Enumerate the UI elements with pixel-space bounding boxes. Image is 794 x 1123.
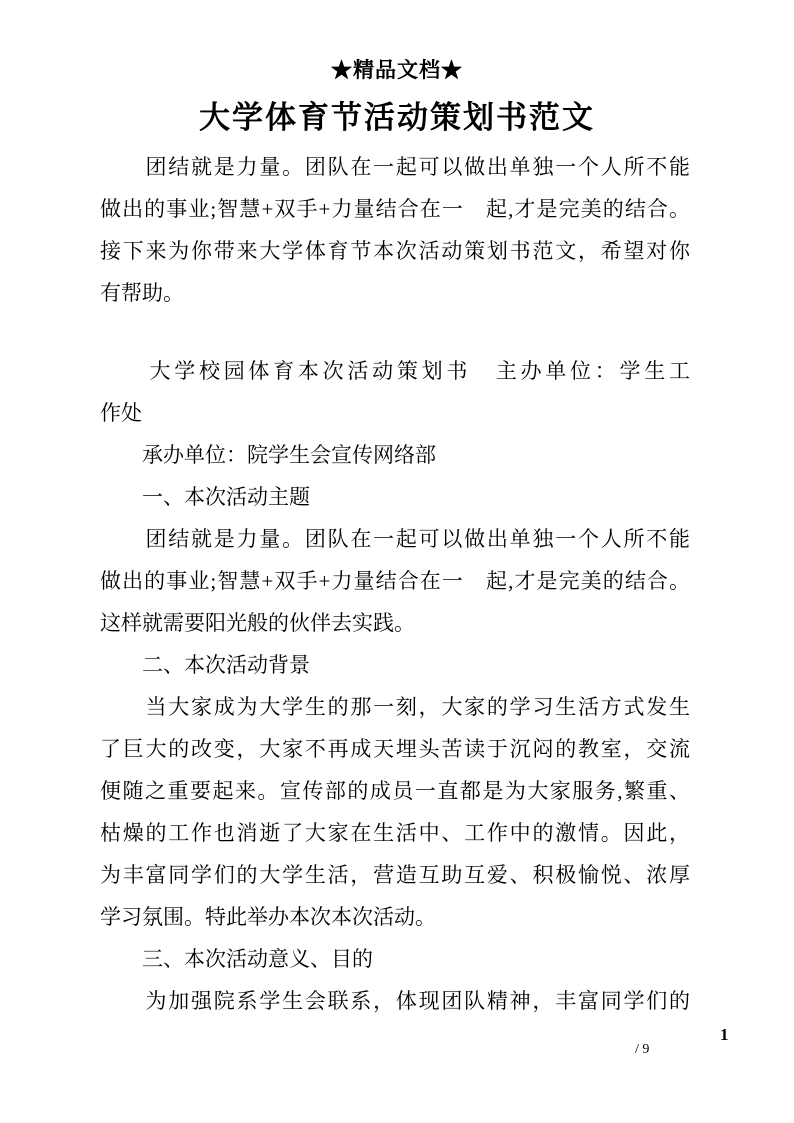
- text-line: 便随之重要起来。宣传部的成员一直都是为大家服务,繁重、: [100, 770, 690, 812]
- text-line: 团结就是力量。团队在一起可以做出单独一个人所不能: [100, 518, 690, 560]
- text-line: 枯燥的工作也消逝了大家在生活中、工作中的激情。因此，: [100, 812, 690, 854]
- text-line: 为加强院系学生会联系，体现团队精神，丰富同学们的: [100, 980, 690, 1022]
- premium-doc-badge: ★精品文档★: [0, 0, 794, 84]
- text-line: 承办单位：院学生会宣传网络部: [100, 434, 690, 476]
- text-line: 有帮助。: [100, 272, 690, 314]
- text-line: 作处: [100, 392, 690, 434]
- section-heading: 三、本次活动意义、目的: [100, 938, 690, 980]
- text-line: 当大家成为大学生的那一刻，大家的学习生活方式发生: [100, 686, 690, 728]
- page-title: 大学体育节活动策划书范文: [0, 98, 794, 138]
- text-line: 团结就是力量。团队在一起可以做出单独一个人所不能: [100, 146, 690, 188]
- page-total: / 9: [635, 1042, 649, 1058]
- text-line: 了巨大的改变，大家不再成天埋头苦读于沉闷的教室，交流: [100, 728, 690, 770]
- page-number: 1: [720, 1026, 729, 1044]
- text-line: 这样就需要阳光般的伙伴去实践。: [100, 602, 690, 644]
- text-line: 大学校园体育本次活动策划书 主办单位：学生工: [100, 350, 690, 392]
- text-line: 学习氛围。特此举办本次本次活动。: [100, 896, 690, 938]
- document-body: 团结就是力量。团队在一起可以做出单独一个人所不能 做出的事业;智慧+双手+力量结…: [100, 146, 690, 1022]
- section-heading: 一、本次活动主题: [100, 476, 690, 518]
- section-heading: 二、本次活动背景: [100, 644, 690, 686]
- document-page: ★精品文档★ 大学体育节活动策划书范文 团结就是力量。团队在一起可以做出单独一个…: [0, 0, 794, 1123]
- text-line: 做出的事业;智慧+双手+力量结合在一 起,才是完美的结合。: [100, 188, 690, 230]
- text-line: 接下来为你带来大学体育节本次活动策划书范文，希望对你: [100, 230, 690, 272]
- text-line: 做出的事业;智慧+双手+力量结合在一 起,才是完美的结合。: [100, 560, 690, 602]
- text-line: 为丰富同学们的大学生活，营造互助互爱、积极愉悦、浓厚: [100, 854, 690, 896]
